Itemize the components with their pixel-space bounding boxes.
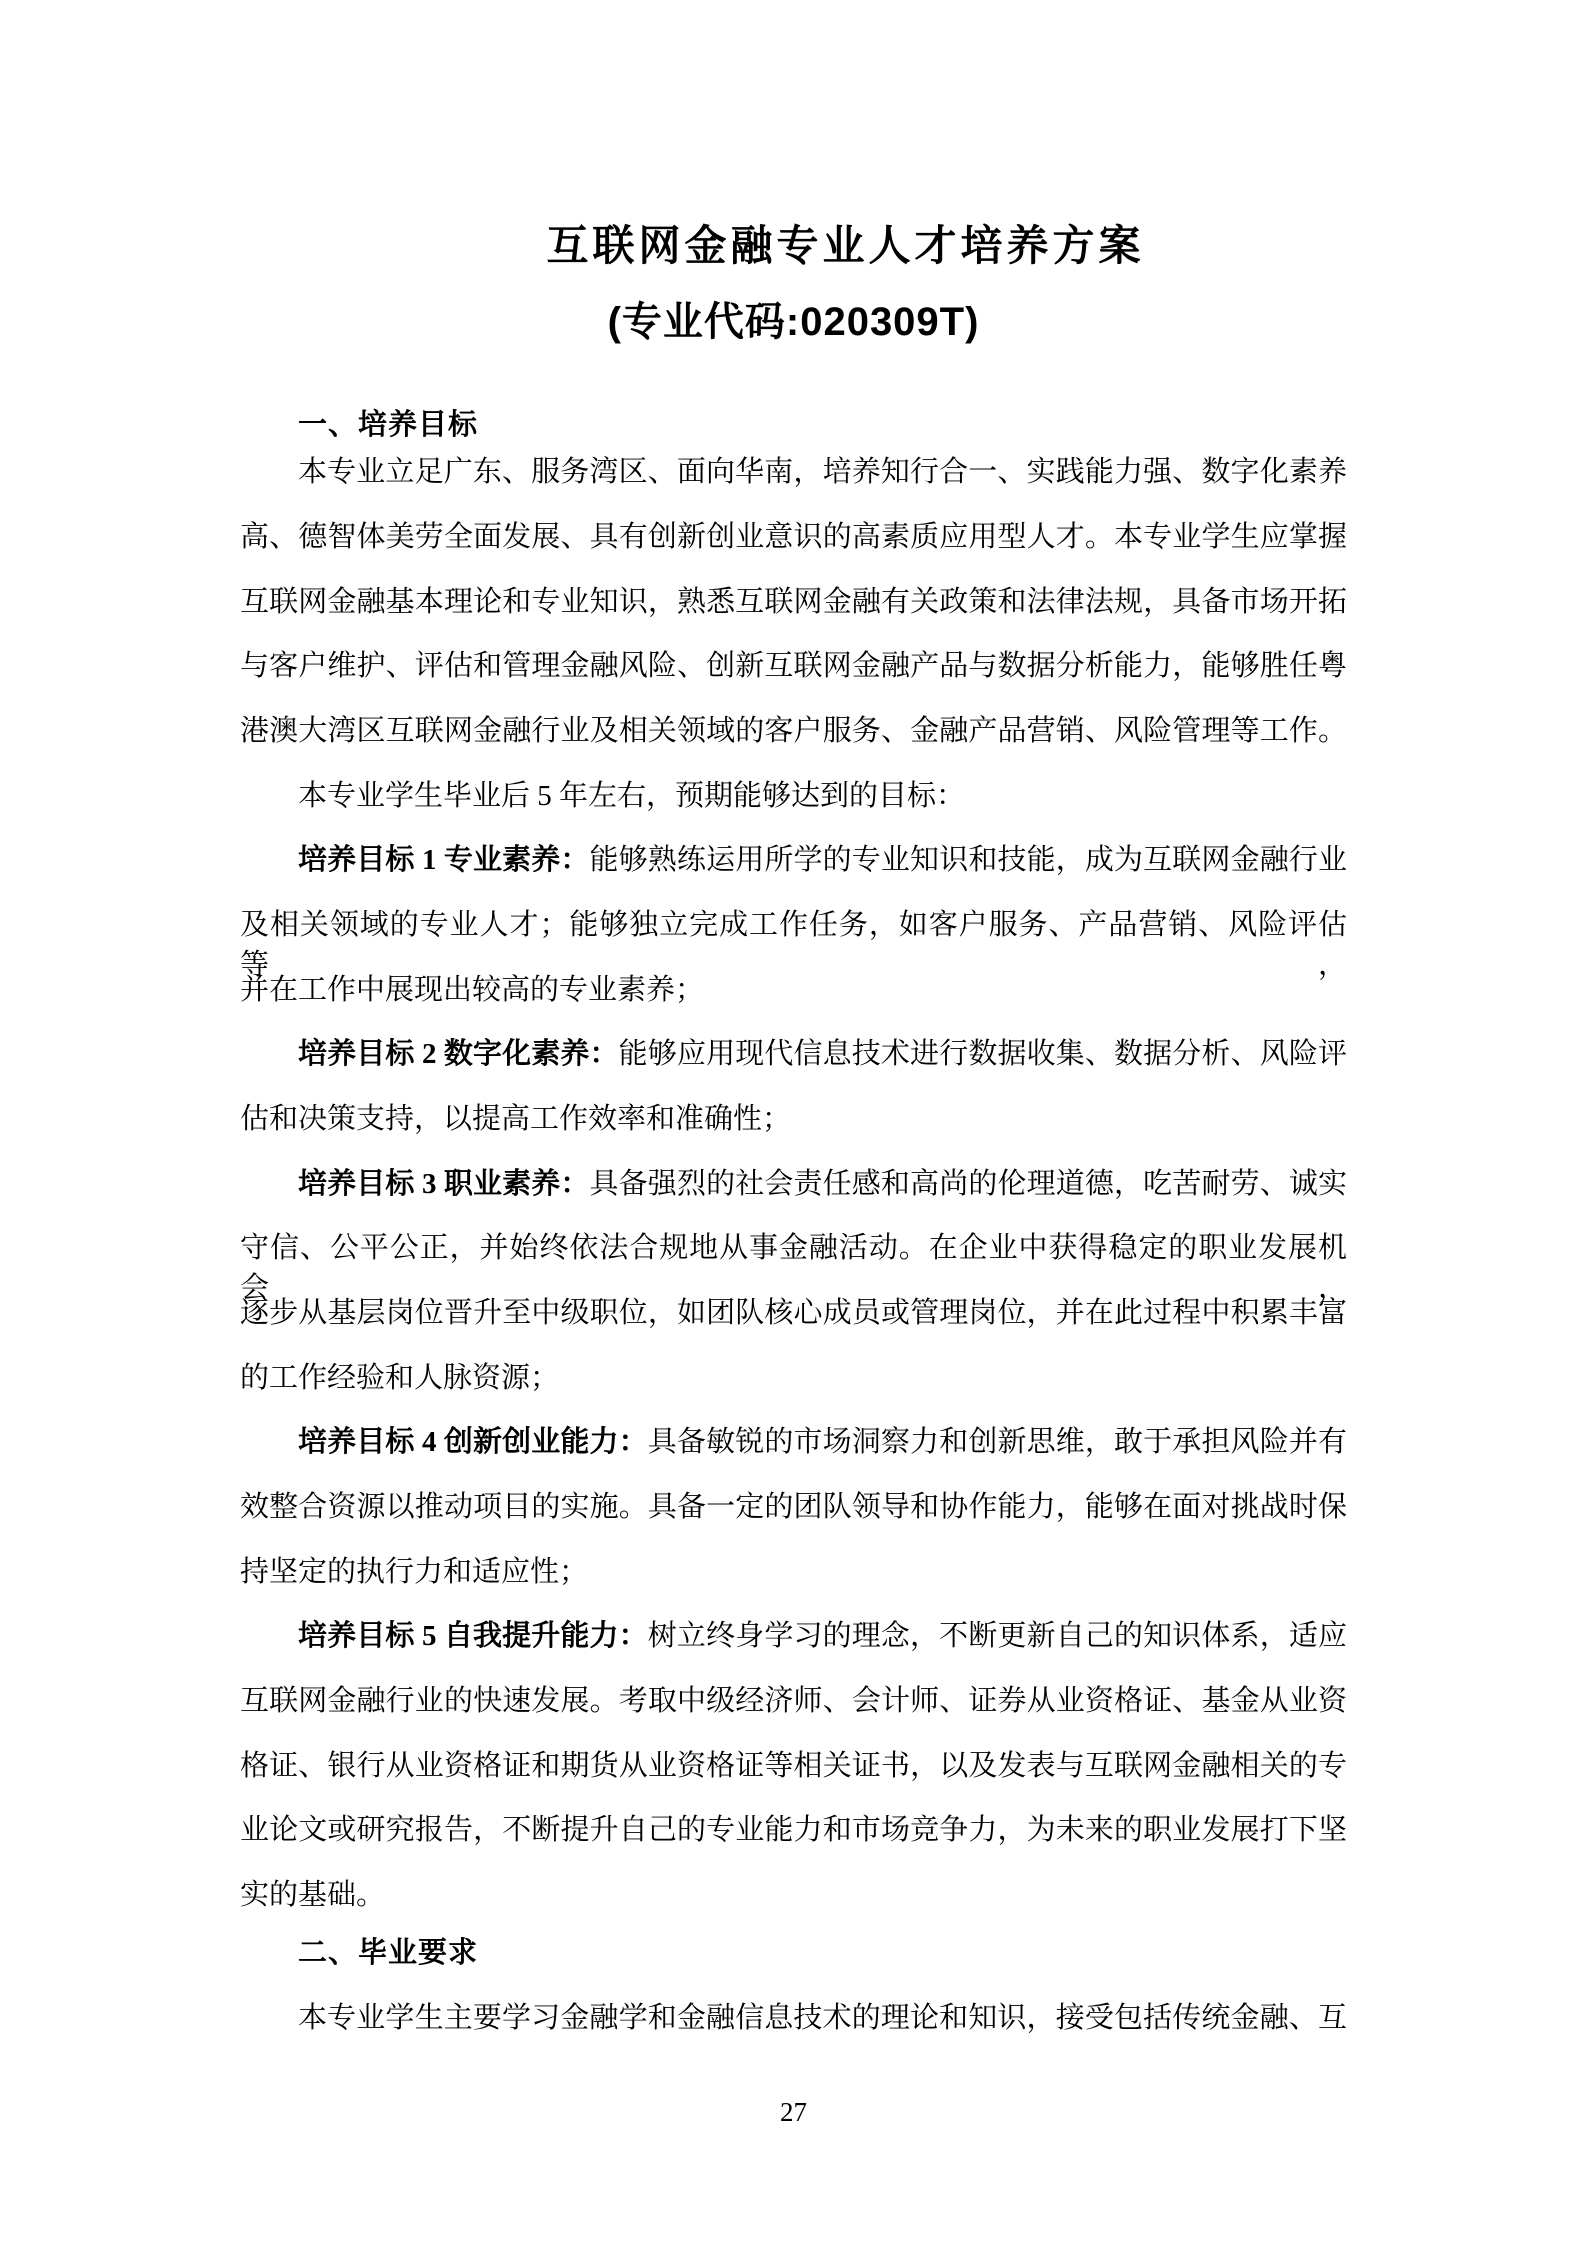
paragraph-line: 的工作经验和人脉资源； (240, 1358, 1347, 1398)
paragraph-line: 与客户维护、评估和管理金融风险、创新互联网金融产品与数据分析能力，能够胜任粤 (240, 646, 1347, 686)
paragraph-line: 高、德智体美劳全面发展、具有创新创业意识的高素质应用型人才。本专业学生应掌握 (240, 517, 1347, 557)
paragraph-line: 培养目标 3 职业素养：具备强烈的社会责任感和高尚的伦理道德，吃苦耐劳、诚实 (240, 1164, 1347, 1204)
paragraph-line: 培养目标 2 数字化素养：能够应用现代信息技术进行数据收集、数据分析、风险评 (240, 1034, 1347, 1074)
paragraph-line: 港澳大湾区互联网金融行业及相关领域的客户服务、金融产品营销、风险管理等工作。 (240, 711, 1347, 751)
document-subtitle: (专业代码:020309T) (0, 298, 1587, 346)
paragraph-line: 实的基础。 (240, 1875, 1347, 1915)
page-number: 27 (0, 2095, 1587, 2129)
paragraph-line: 培养目标 4 创新创业能力：具备敏锐的市场洞察力和创新思维，敢于承担风险并有 (240, 1422, 1347, 1462)
paragraph-text: 能够熟练运用所学的专业知识和技能，成为互联网金融行业 (590, 844, 1347, 876)
paragraph-line: 培养目标 1 专业素养：能够熟练运用所学的专业知识和技能，成为互联网金融行业 (240, 840, 1347, 880)
paragraph-line: 互联网金融行业的快速发展。考取中级经济师、会计师、证券从业资格证、基金从业资 (240, 1681, 1347, 1721)
objective-label-4: 培养目标 4 创新创业能力： (298, 1426, 648, 1458)
paragraph-line: 本专业学生毕业后 5 年左右，预期能够达到的目标： (240, 776, 1347, 816)
paragraph-line: 并在工作中展现出较高的专业素养； (240, 970, 1347, 1010)
document-title: 互联网金融专业人才培养方案 (0, 222, 1587, 270)
section-heading-2: 二、毕业要求 (298, 1933, 478, 1973)
paragraph-line: 培养目标 5 自我提升能力：树立终身学习的理念，不断更新自己的知识体系，适应 (240, 1616, 1347, 1656)
paragraph-line: 本专业学生主要学习金融学和金融信息技术的理论和知识，接受包括传统金融、互 (240, 1998, 1347, 2038)
objective-label-3: 培养目标 3 职业素养： (298, 1168, 590, 1200)
objective-label-1: 培养目标 1 专业素养： (298, 844, 590, 876)
paragraph-text: 树立终身学习的理念，不断更新自己的知识体系，适应 (648, 1620, 1347, 1652)
paragraph-line: 效整合资源以推动项目的实施。具备一定的团队领导和协作能力，能够在面对挑战时保 (240, 1487, 1347, 1527)
paragraph-line: 持坚定的执行力和适应性； (240, 1552, 1347, 1592)
paragraph-line: 估和决策支持，以提高工作效率和准确性； (240, 1099, 1347, 1139)
objective-label-5: 培养目标 5 自我提升能力： (298, 1620, 648, 1652)
objective-label-2: 培养目标 2 数字化素养： (298, 1038, 619, 1070)
section-heading-1: 一、培养目标 (298, 405, 478, 445)
paragraph-line: 业论文或研究报告，不断提升自己的专业能力和市场竞争力，为未来的职业发展打下坚 (240, 1810, 1347, 1850)
paragraph-text: 能够应用现代信息技术进行数据收集、数据分析、风险评 (619, 1038, 1347, 1070)
document-page: 互联网金融专业人才培养方案 (专业代码:020309T) 一、培养目标 本专业立… (0, 0, 1587, 2245)
paragraph-text: 具备强烈的社会责任感和高尚的伦理道德，吃苦耐劳、诚实 (590, 1168, 1347, 1200)
paragraph-text: 具备敏锐的市场洞察力和创新思维，敢于承担风险并有 (648, 1426, 1347, 1458)
paragraph-line: 本专业立足广东、服务湾区、面向华南，培养知行合一、实践能力强、数字化素养 (240, 452, 1347, 492)
paragraph-line: 格证、银行从业资格证和期货从业资格证等相关证书，以及发表与互联网金融相关的专 (240, 1746, 1347, 1786)
paragraph-line: 逐步从基层岗位晋升至中级职位，如团队核心成员或管理岗位，并在此过程中积累丰富 (240, 1293, 1347, 1333)
paragraph-line: 互联网金融基本理论和专业知识，熟悉互联网金融有关政策和法律法规，具备市场开拓 (240, 582, 1347, 622)
